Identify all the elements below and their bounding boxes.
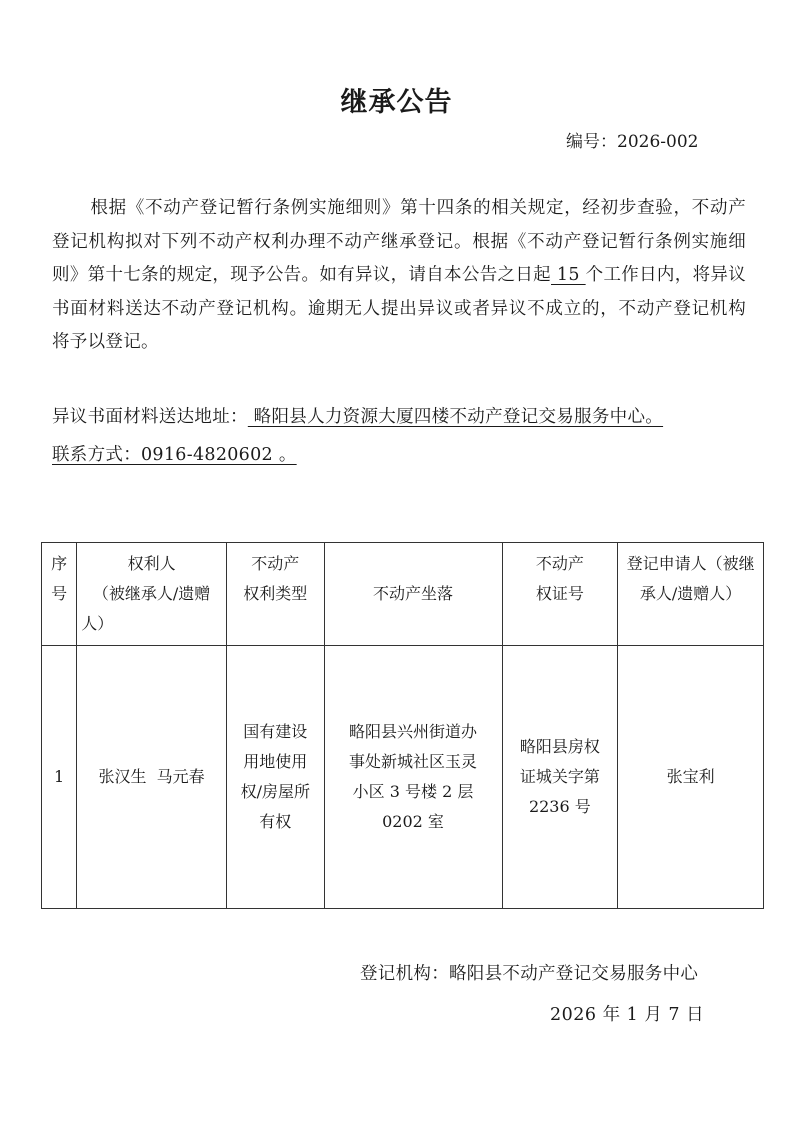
header-index: 序号 — [42, 543, 77, 646]
objection-days: 15 — [551, 265, 586, 285]
cell-certificate: 略阳县房权 证城关字第 2236 号 — [502, 646, 618, 909]
cell-index: 1 — [42, 646, 77, 909]
header-location: 不动产坐落 — [324, 543, 502, 646]
cell-right-type: 国有建设 用地使用 权/房屋所 有权 — [227, 646, 325, 909]
objection-address: 异议书面材料送达地址： 略阳县人力资源大厦四楼不动产登记交易服务中心。 — [52, 403, 663, 428]
cell-right-holder: 张汉生 马元春 — [77, 646, 227, 909]
header-certificate: 不动产权证号 — [502, 543, 618, 646]
document-number: 编号：2026-002 — [566, 127, 698, 152]
property-table: 序号 权利人 （被继承人/遗赠 人） 不动产权利类型 不动产坐落 不动产权证号 … — [41, 542, 764, 909]
notice-body: 根据《不动产登记暂行条例实施细则》第十四条的相关规定，经初步查验，不动产登记机构… — [52, 192, 746, 360]
address-label: 异议书面材料送达地址： — [52, 407, 248, 427]
contact-info: 联系方式：0916-4820602 。 — [52, 441, 297, 466]
notice-date: 2026 年 1 月 7 日 — [550, 1001, 704, 1026]
cell-applicant: 张宝利 — [618, 646, 764, 909]
header-applicant: 登记申请人（被继承人/遗赠人） — [618, 543, 764, 646]
notice-title: 继承公告 — [0, 80, 793, 119]
table-header-row: 序号 权利人 （被继承人/遗赠 人） 不动产权利类型 不动产坐落 不动产权证号 … — [42, 543, 764, 646]
header-right-type: 不动产权利类型 — [227, 543, 325, 646]
cell-location: 略阳县兴州街道办 事处新城社区玉灵 小区 3 号楼 2 层 0202 室 — [324, 646, 502, 909]
address-value: 略阳县人力资源大厦四楼不动产登记交易服务中心。 — [248, 407, 663, 427]
registration-authority: 登记机构：略阳县不动产登记交易服务中心 — [360, 960, 698, 985]
header-right-holder: 权利人 （被继承人/遗赠 人） — [77, 543, 227, 646]
table-row: 1 张汉生 马元春 国有建设 用地使用 权/房屋所 有权 略阳县兴州街道办 事处… — [42, 646, 764, 909]
